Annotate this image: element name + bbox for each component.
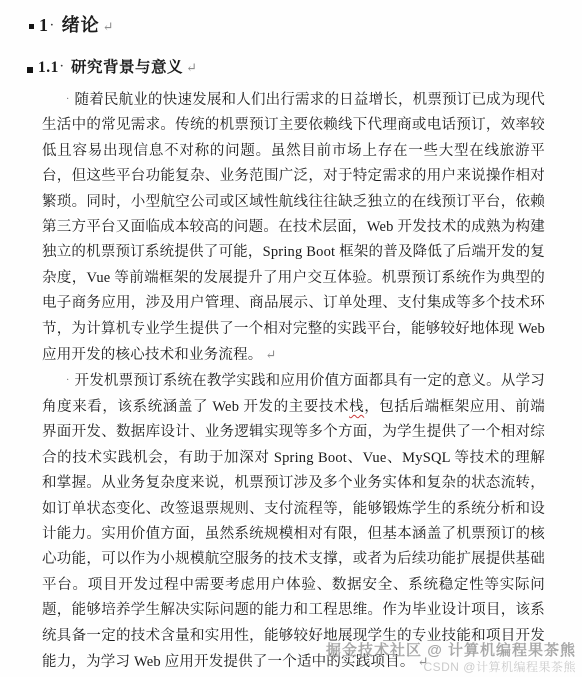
space-mark-icon: · <box>50 13 55 37</box>
indent-mark-icon: · <box>66 94 70 105</box>
section-title: 研究背景与意义 <box>71 59 183 76</box>
paragraph-1: ·随着民航业的快速发展和人们出行需求的日益增长，机票预订已成为现代生活中的常见需… <box>0 87 582 368</box>
chapter-title: 绪论 <box>62 15 100 35</box>
chapter-heading: 1·绪论↵ <box>29 13 582 39</box>
section-number: 1.1 <box>38 59 59 76</box>
document-page: 1·绪论↵ 1.1·研究背景与意义↵ ·随着民航业的快速发展和人们出行需求的日益… <box>0 0 582 677</box>
section-heading: 1.1·研究背景与意义↵ <box>27 56 582 78</box>
outline-square-icon <box>27 67 33 73</box>
paragraph-2-text-after: ，包括后端框架应用、前端界面开发、数据库设计、业务逻辑实现等多个方面，为学生提供… <box>42 399 545 670</box>
space-mark-icon: · <box>60 56 64 77</box>
paragraph-mark-icon: ↵ <box>103 19 115 34</box>
indent-mark-icon: · <box>66 375 70 386</box>
outline-square-icon <box>29 24 34 29</box>
paragraph-mark-icon: ↵ <box>186 60 197 75</box>
paragraph-mark-icon: ↵ <box>418 654 429 669</box>
paragraph-mark-icon: ↵ <box>266 347 277 362</box>
chapter-number: 1 <box>39 15 49 35</box>
paragraph-2: ·开发机票预订系统在教学实践和应用价值方面都具有一定的意义。从学习角度来看，该系… <box>0 368 582 675</box>
spellcheck-flagged-word: 栈 <box>349 399 364 415</box>
paragraph-1-text: 随着民航业的快速发展和人们出行需求的日益增长，机票预订已成为现代生活中的常见需求… <box>42 92 545 363</box>
